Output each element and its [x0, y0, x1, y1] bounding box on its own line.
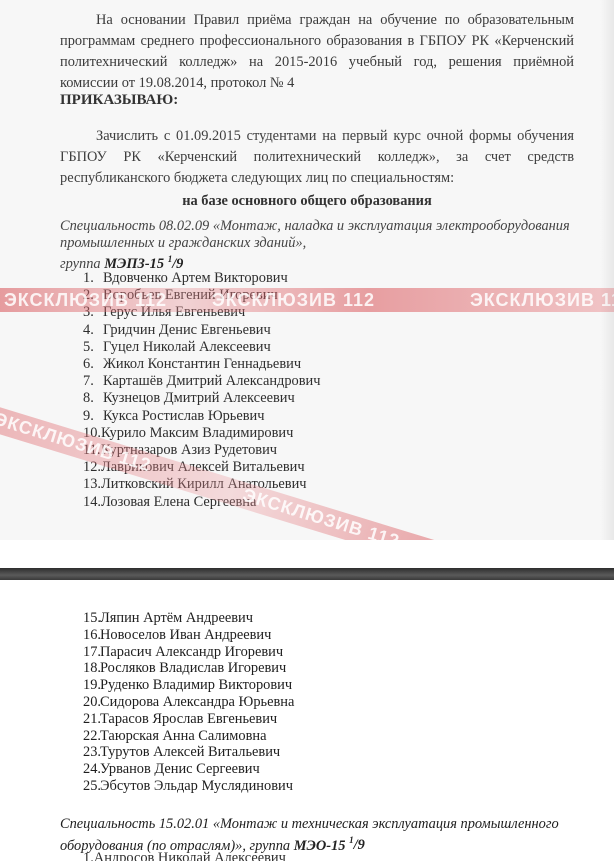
student-list-2: 1.Андросов Николай Алексеевич	[83, 850, 286, 861]
list-item: 1.Вдовченко Артем Викторович	[83, 270, 321, 287]
item-number: 17.	[83, 644, 100, 661]
item-number: 8.	[83, 390, 103, 407]
item-number: 7.	[83, 373, 103, 390]
item-number: 5.	[83, 339, 103, 356]
item-number: 13.	[83, 476, 101, 493]
student-name: Ляпин Артём Андреевич	[100, 610, 253, 626]
item-number: 21.	[83, 711, 100, 728]
list-item: 10.Курило Максим Владимирович	[83, 425, 321, 442]
student-name: Кузнецов Дмитрий Алексеевич	[103, 390, 295, 406]
student-name: Руденко Владимир Викторович	[100, 677, 292, 693]
student-name: Росляков Владислав Игоревич	[100, 660, 286, 676]
item-number: 24.	[83, 761, 100, 778]
list-item: 18.Росляков Владислав Игоревич	[83, 660, 294, 677]
list-item: 5.Гуцел Николай Алексеевич	[83, 339, 321, 356]
item-number: 1.	[83, 850, 94, 861]
student-name: Парасич Александр Игоревич	[100, 644, 283, 660]
student-name: Карташёв Дмитрий Александрович	[103, 373, 321, 389]
student-name: Таюрская Анна Салимовна	[100, 728, 267, 744]
item-number: 19.	[83, 677, 100, 694]
item-number: 23.	[83, 744, 100, 761]
list-item: 21.Тарасов Ярослав Евгеньевич	[83, 711, 294, 728]
student-name: Вдовченко Артем Викторович	[103, 270, 288, 286]
list-item: 25.Эбсутов Эльдар Муслядинович	[83, 778, 294, 795]
watermark-text: ЭКСКЛЮЗИВ 112	[212, 290, 375, 311]
student-name: Урванов Денис Сергеевич	[100, 761, 260, 777]
student-name: Эбсутов Эльдар Муслядинович	[100, 778, 293, 794]
document-page-2: 15.Ляпин Артём Андреевич16.Новоселов Ива…	[0, 580, 614, 861]
student-name: Андросов Николай Алексеевич	[94, 850, 286, 861]
student-name: Кукса Ростислав Юрьевич	[103, 408, 265, 424]
item-number: 1.	[83, 270, 103, 287]
list-item: 20.Сидорова Александра Юрьевна	[83, 694, 294, 711]
group-code: МЭО-15	[294, 837, 346, 853]
page-gap	[0, 540, 614, 568]
list-item: 1.Андросов Николай Алексеевич	[83, 850, 286, 861]
document-page-1: На основании Правил приёма граждан на об…	[0, 0, 614, 540]
watermark-band-horizontal: ЭКСКЛЮЗИВ 112 ЭКСКЛЮЗИВ 112 ЭКСКЛЮЗИВ 11…	[0, 288, 614, 312]
page-edge-shadow	[600, 0, 614, 540]
specialty-1-description: Специальность 08.02.09 «Монтаж, наладка …	[60, 218, 580, 272]
intro-paragraph-text: На основании Правил приёма граждан на об…	[60, 12, 574, 91]
item-number: 15.	[83, 610, 100, 627]
list-item: 23.Турутов Алексей Витальевич	[83, 744, 294, 761]
list-item: 24.Урванов Денис Сергеевич	[83, 761, 294, 778]
student-name: Новоселов Иван Андреевич	[100, 627, 271, 643]
enroll-paragraph-text: Зачислить с 01.09.2015 студентами на пер…	[60, 128, 574, 186]
list-item: 4.Гридчин Денис Евгеньевич	[83, 322, 321, 339]
list-item: 16.Новоселов Иван Андреевич	[83, 627, 294, 644]
page-separator-bar	[0, 568, 614, 580]
student-name: Сидорова Александра Юрьевна	[100, 694, 294, 710]
watermark-text: ЭКСКЛЮЗИВ 112	[4, 290, 167, 311]
watermark-text: ЭКСКЛЮЗИВ 112	[240, 485, 402, 540]
list-item: 7.Карташёв Дмитрий Александрович	[83, 373, 321, 390]
list-item: 9.Кукса Ростислав Юрьевич	[83, 408, 321, 425]
list-item: 15.Ляпин Артём Андреевич	[83, 610, 294, 627]
item-number: 25.	[83, 778, 100, 795]
enroll-paragraph: Зачислить с 01.09.2015 студентами на пер…	[60, 126, 574, 189]
item-number: 20.	[83, 694, 100, 711]
student-name: Курило Максим Владимирович	[101, 425, 293, 441]
group-suffix: /9	[354, 837, 365, 853]
item-number: 16.	[83, 627, 100, 644]
list-item: 17.Парасич Александр Игоревич	[83, 644, 294, 661]
specialty-2-description: Специальность 15.02.01 «Монтаж и техниче…	[60, 816, 580, 854]
item-number: 4.	[83, 322, 103, 339]
item-number: 14.	[83, 494, 101, 511]
student-name: Гуцел Николай Алексеевич	[103, 339, 271, 355]
student-name: Жикол Константин Геннадьевич	[103, 356, 301, 372]
intro-paragraph: На основании Правил приёма граждан на об…	[60, 10, 574, 94]
specialty-1-text: Специальность 08.02.09 «Монтаж, наладка …	[60, 218, 570, 251]
student-list-1-continued: 15.Ляпин Артём Андреевич16.Новоселов Ива…	[83, 610, 294, 795]
student-name: Гридчин Денис Евгеньевич	[103, 322, 271, 338]
order-heading: ПРИКАЗЫВАЮ:	[60, 92, 178, 109]
list-item: 19.Руденко Владимир Викторович	[83, 677, 294, 694]
item-number: 18.	[83, 660, 100, 677]
item-number: 9.	[83, 408, 103, 425]
list-item: 8.Кузнецов Дмитрий Алексеевич	[83, 390, 321, 407]
list-item: 6.Жикол Константин Геннадьевич	[83, 356, 321, 373]
student-name: Тарасов Ярослав Евгеньевич	[100, 711, 277, 727]
item-number: 6.	[83, 356, 103, 373]
item-number: 22.	[83, 728, 100, 745]
student-name: Турутов Алексей Витальевич	[100, 744, 280, 760]
section-heading: на базе основного общего образования	[0, 193, 614, 210]
watermark-text: ЭКСКЛЮЗИВ 112	[470, 290, 614, 311]
list-item: 22.Таюрская Анна Салимовна	[83, 728, 294, 745]
